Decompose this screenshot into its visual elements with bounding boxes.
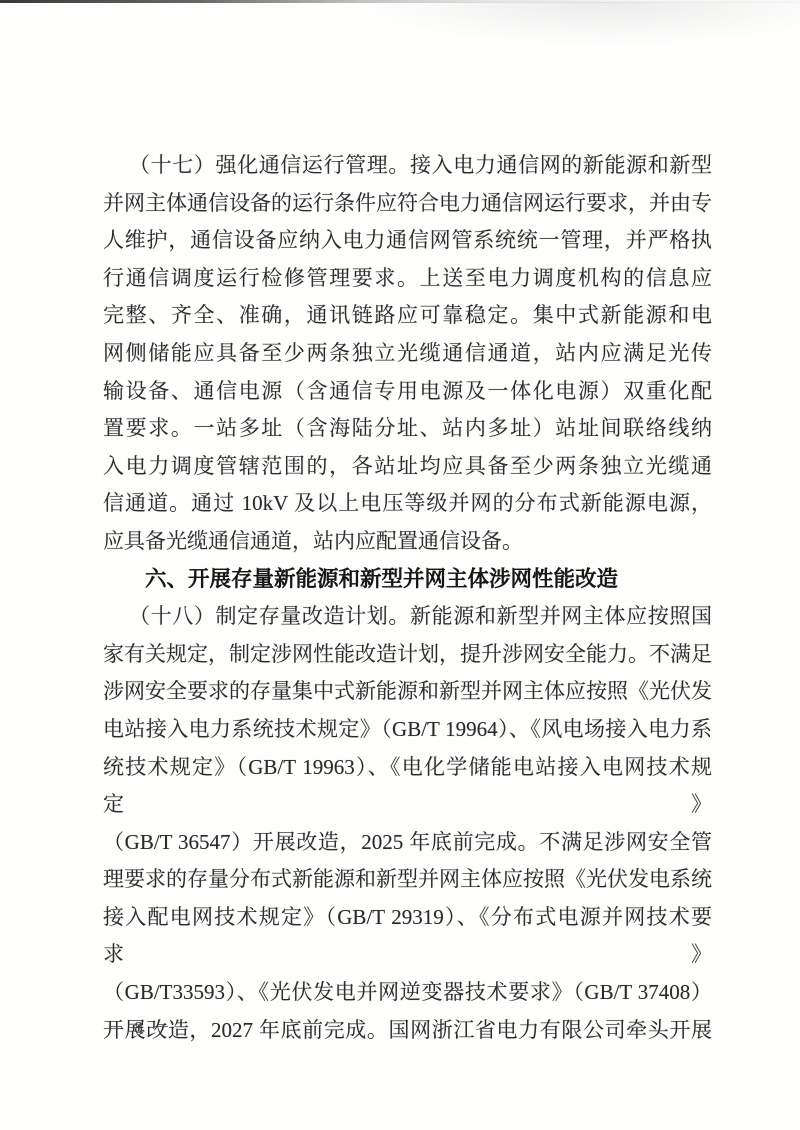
- section-18-line: 接入配电网技术规定》（GB/T 29319）、《分布式电源并网技术要求》: [103, 899, 712, 974]
- section-17-line: 输设备、通信电源（含通信专用电源及一体化电源）双重化配: [103, 373, 712, 411]
- section-18-line: 开展改造，2027 年底前完成。国网浙江省电力有限公司牵头开展: [103, 1012, 712, 1050]
- section-17-line: 应具备光缆通信通道，站内应配置通信设备。: [103, 523, 712, 561]
- section-17-line: 置要求。一站多址（含海陆分址、站内多址）站址间联络线纳: [103, 410, 712, 448]
- section-18-line: 统技术规定》（GB/T 19963）、《电化学储能电站接入电网技术规定》: [103, 749, 712, 824]
- section-17-line: 行通信调度运行检修管理要求。上送至电力调度机构的信息应: [103, 260, 712, 298]
- section-18-line: 理要求的存量分布式新能源和新型并网主体应按照《光伏发电系统: [103, 861, 712, 899]
- section-18-line: （GB/T 36547）开展改造，2025 年底前完成。不满足涉网安全管: [103, 824, 712, 862]
- section-18-line: 涉网安全要求的存量集中式新能源和新型并网主体应按照《光伏发: [103, 673, 712, 711]
- section-17-line: 信通道。通过 10kV 及以上电压等级并网的分布式新能源电源，: [103, 485, 712, 523]
- section-17-line: 入电力调度管辖范围的，各站址均应具备至少两条独立光缆通: [103, 448, 712, 486]
- section-17-line: 人维护，通信设备应纳入电力通信网管系统统一管理，并严格执: [103, 222, 712, 260]
- section-18-line: 家有关规定，制定涉网性能改造计划，提升涉网安全能力。不满足: [103, 636, 712, 674]
- section-6-heading: 六、开展存量新能源和新型并网主体涉网性能改造: [103, 561, 712, 599]
- document-page: （十七）强化通信运行管理。接入电力通信网的新能源和新型 并网主体通信设备的运行条…: [0, 0, 800, 1130]
- section-17-line: 完整、齐全、准确，通讯链路应可靠稳定。集中式新能源和电: [103, 297, 712, 335]
- text-block: （十七）强化通信运行管理。接入电力通信网的新能源和新型 并网主体通信设备的运行条…: [103, 147, 712, 1049]
- section-18-line: 电站接入电力系统技术规定》（GB/T 19964）、《风电场接入电力系: [103, 711, 712, 749]
- section-17-line: 网侧储能应具备至少两条独立光缆通信通道，站内应满足光传: [103, 335, 712, 373]
- section-18-line: （GB/T33593）、《光伏发电并网逆变器技术要求》（GB/T 37408）: [103, 974, 712, 1012]
- section-18-line: （十八）制定存量改造计划。新能源和新型并网主体应按照国: [103, 598, 712, 636]
- section-17-line: （十七）强化通信运行管理。接入电力通信网的新能源和新型: [103, 147, 712, 185]
- section-17-line: 并网主体通信设备的运行条件应符合电力通信网运行要求，并由专: [103, 185, 712, 223]
- scan-artifact-smudge: [370, 2, 800, 44]
- page-number: － 8 －: [107, 1014, 173, 1042]
